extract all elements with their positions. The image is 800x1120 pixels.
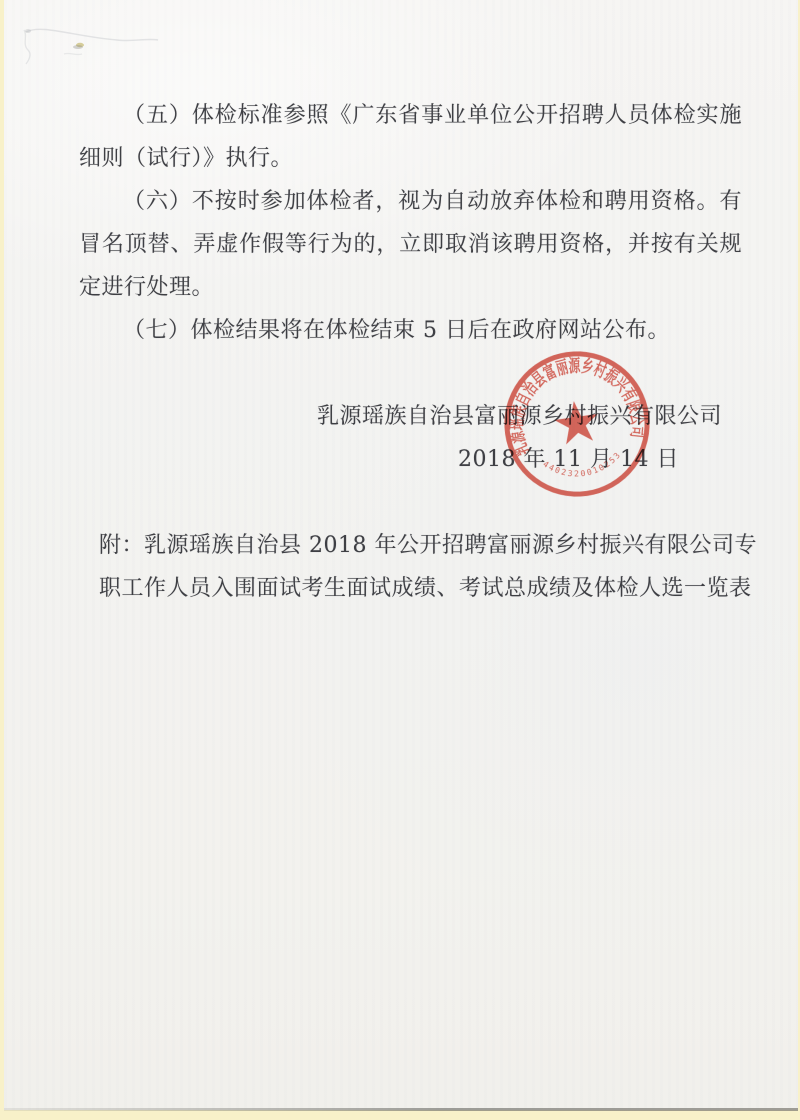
paper-bottom-edge-shadow [4,1108,798,1111]
paragraph-item-5: （五）体检标准参照《广东省事业单位公开招聘人员体检实施细则（试行）》执行。 [79,94,742,180]
svg-text:4402320010253: 4402320010253 [540,448,625,484]
paragraph-item-6: （六）不按时参加体检者，视为自动放弃体检和聘用资格。有冒名顶替、弄虚作假等行为的… [79,180,742,309]
seal-star-icon [552,398,601,445]
official-seal: 乳源瑶族自治县富丽源乡村振兴有限公司 4402320010253 [490,337,664,511]
attachment-note: 附：乳源瑶族自治县 2018 年公开招聘富丽源乡村振兴有限公司专职工作人员入围面… [99,524,757,610]
scanned-page: （五）体检标准参照《广东省事业单位公开招聘人员体检实施细则（试行）》执行。 （六… [0,0,800,1120]
seal-code: 4402320010253 [540,448,625,484]
document-body: （五）体检标准参照《广东省事业单位公开招聘人员体检实施细则（试行）》执行。 （六… [0,0,800,610]
